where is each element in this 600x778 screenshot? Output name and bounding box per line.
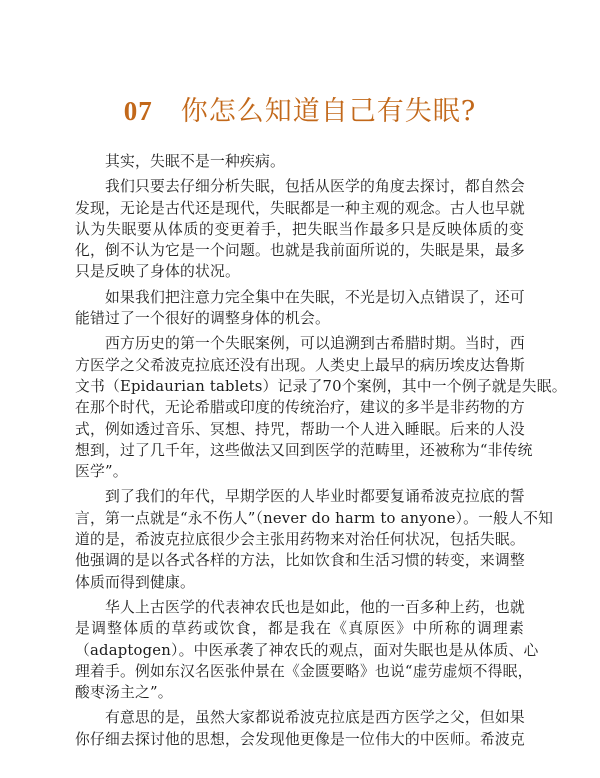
text-line: 想到，过了几千年，这些做法又回到医学的范畴里，还被称为“非传统 <box>75 440 524 461</box>
paragraph: 有意思的是，虽然大家都说希波克拉底是西方医学之父，但如果 你仔细去探讨他的思想，… <box>75 707 524 750</box>
paragraph: 华人上古医学的代表神农氏也是如此，他的一百多种上药，也就 是调整体质的草药或饮食… <box>75 597 524 703</box>
text-line: 方医学之父希波克拉底还没有出现。人类史上最早的病历埃皮达鲁斯 <box>75 355 524 376</box>
text-line: 文书（Epidaurian tablets）记录了70个案例，其中一个例子就是失… <box>75 376 524 397</box>
text-line: 我们只要去仔细分析失眠，包括从医学的角度去探讨，都自然会 <box>75 176 524 197</box>
paragraph: 西方历史的第一个失眠案例，可以追溯到古希腊时期。当时，西 方医学之父希波克拉底还… <box>75 333 524 482</box>
paragraph: 我们只要去仔细分析失眠，包括从医学的角度去探讨，都自然会 发现，无论是古代还是现… <box>75 176 524 282</box>
document-page: 07你怎么知道自己有失眠? 其实，失眠不是一种疾病。 我们只要去仔细分析失眠，包… <box>0 0 600 778</box>
paragraph: 如果我们把注意力完全集中在失眠，不光是切入点错误了，还可 能错过了一个很好的调整… <box>75 287 524 330</box>
chapter-number: 07 <box>124 96 153 126</box>
text-line: 只是反映了身体的状况。 <box>75 261 524 282</box>
body-text: 其实，失眠不是一种疾病。 我们只要去仔细分析失眠，包括从医学的角度去探讨，都自然… <box>75 151 524 754</box>
text-line: 有意思的是，虽然大家都说希波克拉底是西方医学之父，但如果 <box>75 707 524 728</box>
text-line: 认为失眠要从体质的变更着手，把失眠当作最多只是反映体质的变 <box>75 219 524 240</box>
text-line: 如果我们把注意力完全集中在失眠，不光是切入点错误了，还可 <box>75 287 524 308</box>
text-line: 式，例如透过音乐、冥想、持咒，帮助一个人进入睡眠。后来的人没 <box>75 419 524 440</box>
text-line: （adaptogen）。中医承袭了神农氏的观点，面对失眠也是从体质、心 <box>75 640 524 661</box>
text-line: 医学”。 <box>75 461 524 482</box>
paragraph: 其实，失眠不是一种疾病。 <box>75 151 524 172</box>
paragraph: 到了我们的年代，早期学医的人毕业时都要复诵希波克拉底的誓 言，第一点就是“永不伤… <box>75 486 524 592</box>
text-line: 到了我们的年代，早期学医的人毕业时都要复诵希波克拉底的誓 <box>75 486 524 507</box>
text-line: 酸枣汤主之”。 <box>75 682 524 703</box>
text-line: 西方历史的第一个失眠案例，可以追溯到古希腊时期。当时，西 <box>75 333 524 354</box>
text-line: 能错过了一个很好的调整身体的机会。 <box>75 308 524 329</box>
text-line: 他强调的是以各式各样的方法，比如饮食和生活习惯的转变，来调整 <box>75 550 524 571</box>
text-line: 在那个时代，无论希腊或印度的传统治疗，建议的多半是非药物的方 <box>75 397 524 418</box>
text-line: 体质而得到健康。 <box>75 572 524 593</box>
text-line: 是调整体质的草药或饮食，都是我在《真原医》中所称的调理素 <box>75 618 524 639</box>
text-line: 发现，无论是古代还是现代，失眠都是一种主观的观念。古人也早就 <box>75 198 524 219</box>
text-line: 道的是，希波克拉底很少会主张用药物来对治任何状况，包括失眠。 <box>75 529 524 550</box>
text-line: 你仔细去探讨他的思想，会发现他更像是一位伟大的中医师。希波克 <box>75 729 524 750</box>
chapter-title: 07你怎么知道自己有失眠? <box>0 93 600 130</box>
text-line: 理着手。例如东汉名医张仲景在《金匮要略》也说“虚劳虚烦不得眠， <box>75 661 524 682</box>
text-line: 化，倒不认为它是一个问题。也就是我前面所说的，失眠是果，最多 <box>75 240 524 261</box>
text-line: 华人上古医学的代表神农氏也是如此，他的一百多种上药，也就 <box>75 597 524 618</box>
chapter-heading: 你怎么知道自己有失眠? <box>181 96 476 127</box>
text-line: 其实，失眠不是一种疾病。 <box>75 151 524 172</box>
text-line: 言，第一点就是“永不伤人”（never do harm to anyone）。一… <box>75 508 524 529</box>
